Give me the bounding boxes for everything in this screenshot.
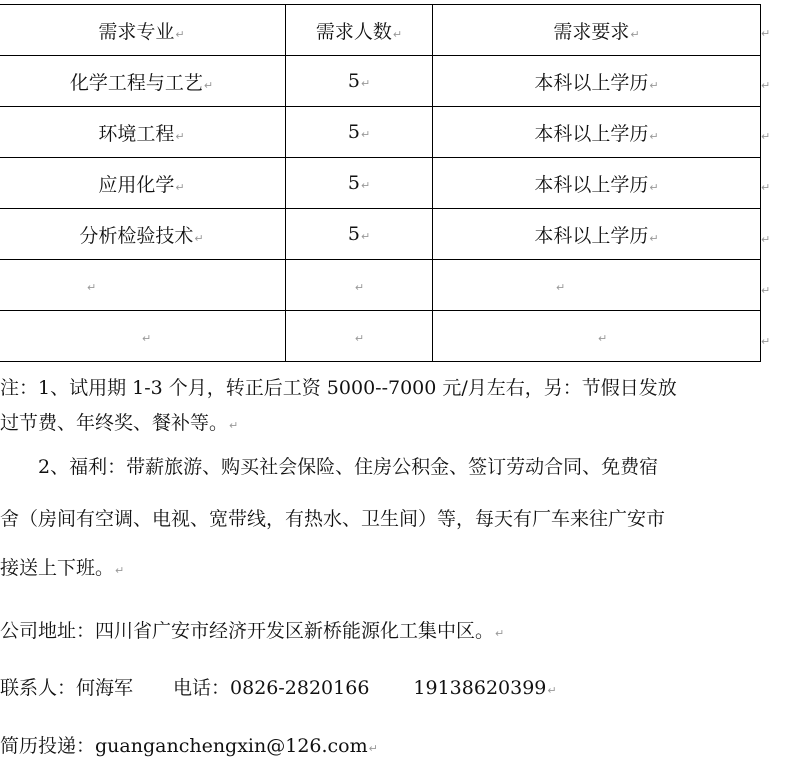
paragraph-mark-icon: ↵ xyxy=(204,79,213,92)
row-end-mark-icon: ↵ xyxy=(761,335,770,348)
table-row-empty: ↵ ↵ ↵ xyxy=(0,311,761,362)
cell-requirement: 本科以上学历↵ xyxy=(433,107,761,158)
cell-major: 应用化学↵ xyxy=(0,158,286,209)
note-2-line-2: 舍（房间有空调、电视、宽带线，有热水、卫生间）等，每天有厂车来往广安市 xyxy=(0,504,665,531)
paragraph-mark-icon: ↵ xyxy=(556,281,565,294)
cell-requirement: ↵ xyxy=(433,311,761,362)
table-row: 分析检验技术↵ 5↵ 本科以上学历↵ xyxy=(0,209,761,260)
cell-requirement: 本科以上学历↵ xyxy=(433,209,761,260)
note-1-line-2: 过节费、年终奖、餐补等。↵ xyxy=(0,408,238,435)
paragraph-mark-icon: ↵ xyxy=(649,232,658,245)
row-end-mark-icon: ↵ xyxy=(761,284,770,297)
paragraph-mark-icon: ↵ xyxy=(355,332,364,345)
table-row: 环境工程↵ 5↵ 本科以上学历↵ xyxy=(0,107,761,158)
paragraph-mark-icon: ↵ xyxy=(175,130,184,143)
header-requirement: 需求要求↵ xyxy=(433,5,761,56)
paragraph-mark-icon: ↵ xyxy=(115,564,124,577)
cell-count: 5↵ xyxy=(286,107,433,158)
row-end-mark-icon: ↵ xyxy=(761,27,770,40)
cell-count: 5↵ xyxy=(286,56,433,107)
cell-major: 化学工程与工艺↵ xyxy=(0,56,286,107)
paragraph-mark-icon: ↵ xyxy=(393,28,402,41)
paragraph-mark-icon: ↵ xyxy=(175,181,184,194)
recruitment-table: 需求专业↵ 需求人数↵ 需求要求↵ 化学工程与工艺↵ 5↵ 本科以上学历↵ 环境… xyxy=(0,4,761,362)
table-row-empty: ↵ ↵ ↵ xyxy=(0,260,761,311)
header-count: 需求人数↵ xyxy=(286,5,433,56)
paragraph-mark-icon: ↵ xyxy=(630,28,639,41)
cell-major: ↵ xyxy=(0,311,286,362)
paragraph-mark-icon: ↵ xyxy=(175,28,184,41)
row-end-mark-icon: ↵ xyxy=(761,130,770,143)
note-1-line-1: 注：1、试用期 1-3 个月，转正后工资 5000--7000 元/月左右，另：… xyxy=(0,373,677,400)
cell-count: ↵ xyxy=(286,311,433,362)
paragraph-mark-icon: ↵ xyxy=(229,419,238,432)
table-header-row: 需求专业↵ 需求人数↵ 需求要求↵ xyxy=(0,5,761,56)
table-row: 应用化学↵ 5↵ 本科以上学历↵ xyxy=(0,158,761,209)
paragraph-mark-icon: ↵ xyxy=(369,742,378,755)
note-2-line-3: 接送上下班。↵ xyxy=(0,553,124,580)
contact-line: 联系人：何海军电话：0826-282016619138620399↵ xyxy=(0,673,557,700)
paragraph-mark-icon: ↵ xyxy=(361,230,370,243)
paragraph-mark-icon: ↵ xyxy=(547,684,556,697)
cell-count: 5↵ xyxy=(286,209,433,260)
paragraph-mark-icon: ↵ xyxy=(649,181,658,194)
cell-requirement: ↵ xyxy=(433,260,761,311)
cell-count: ↵ xyxy=(286,260,433,311)
cell-major: 环境工程↵ xyxy=(0,107,286,158)
paragraph-mark-icon: ↵ xyxy=(361,179,370,192)
row-end-mark-icon: ↵ xyxy=(761,181,770,194)
paragraph-mark-icon: ↵ xyxy=(649,130,658,143)
header-major: 需求专业↵ xyxy=(0,5,286,56)
paragraph-mark-icon: ↵ xyxy=(495,627,504,640)
table-row: 化学工程与工艺↵ 5↵ 本科以上学历↵ xyxy=(0,56,761,107)
paragraph-mark-icon: ↵ xyxy=(355,281,364,294)
paragraph-mark-icon: ↵ xyxy=(142,332,151,345)
cell-count: 5↵ xyxy=(286,158,433,209)
cell-major: ↵ xyxy=(0,260,286,311)
mobile-number: 19138620399 xyxy=(413,677,546,699)
cell-major: 分析检验技术↵ xyxy=(0,209,286,260)
phone-number: 电话：0826-2820166 xyxy=(173,677,369,699)
paragraph-mark-icon: ↵ xyxy=(194,232,203,245)
cell-requirement: 本科以上学历↵ xyxy=(433,158,761,209)
paragraph-mark-icon: ↵ xyxy=(598,332,607,345)
paragraph-mark-icon: ↵ xyxy=(87,281,96,294)
row-end-mark-icon: ↵ xyxy=(761,233,770,246)
paragraph-mark-icon: ↵ xyxy=(361,77,370,90)
paragraph-mark-icon: ↵ xyxy=(361,128,370,141)
note-2-line-1: 2、福利：带薪旅游、购买社会保险、住房公积金、签订劳动合同、免费宿 xyxy=(38,452,658,479)
company-address: 公司地址：四川省广安市经济开发区新桥能源化工集中区。↵ xyxy=(0,616,504,643)
paragraph-mark-icon: ↵ xyxy=(649,79,658,92)
resume-email: 简历投递：guanganchengxin@126.com↵ xyxy=(0,731,378,758)
contact-person: 联系人：何海军 xyxy=(0,677,133,699)
row-end-mark-icon: ↵ xyxy=(761,79,770,92)
cell-requirement: 本科以上学历↵ xyxy=(433,56,761,107)
